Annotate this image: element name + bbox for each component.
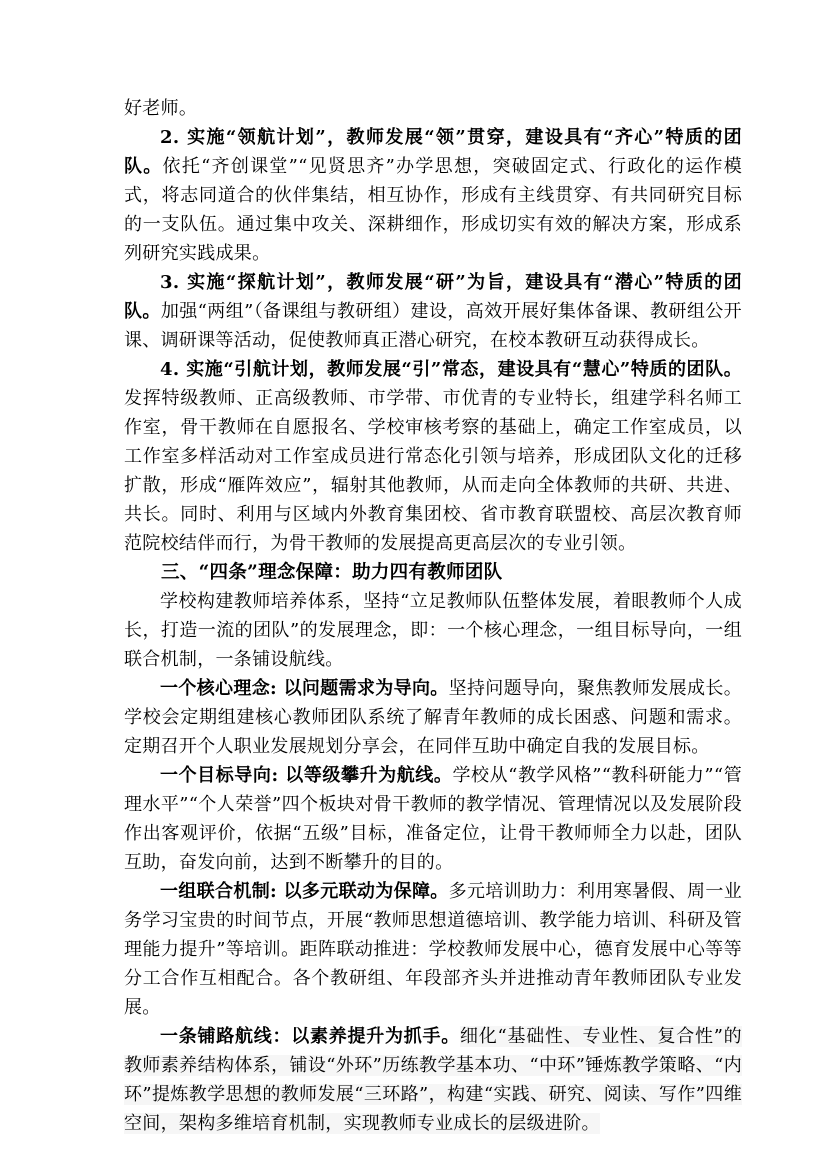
paragraph-text: 好老师。	[124, 98, 197, 119]
page: 好老师。 2. 实施“领航计划”，教师发展“领”贯穿，建设具有“齐心”特质的团队…	[0, 0, 827, 1170]
paragraph-lead: 一条铺路航线：以素养提升为抓手。	[160, 1026, 460, 1047]
paragraph-joint-mechanism: 一组联合机制: 以多元联动为保障。多元培训助力：利用寒暑假、周一业务学习宝贵的时…	[124, 877, 742, 1022]
paragraph-body: 发挥特级教师、正高级教师、市学带、市优青的专业特长，组建学科名师工作室，骨干教师…	[124, 388, 742, 554]
paragraph-lead: 一个目标导向: 以等级攀升为航线。	[160, 765, 452, 786]
paragraph-concept-intro: 学校构建教师培养体系，坚持“立足教师队伍整体发展，着眼教师个人成长，打造一流的团…	[124, 587, 742, 674]
document-body: 好老师。 2. 实施“领航计划”，教师发展“领”贯穿，建设具有“齐心”特质的团队…	[124, 94, 742, 1138]
paragraph-continuation: 好老师。	[124, 94, 742, 123]
paragraph-lead: 一个核心理念: 以问题需求为导向。	[160, 678, 449, 699]
section-heading: 三、“四条”理念保障：助力四有教师团队	[124, 558, 742, 587]
paragraph-body: 加强“两组”（备课组与教研组）建设，高效开展好集体备课、教研组公开课、调研课等活…	[124, 301, 742, 351]
paragraph-goal-orientation: 一个目标导向: 以等级攀升为航线。学校从“教学风格”“教科研能力”“管理水平”“…	[124, 761, 742, 877]
section-heading-text: 三、“四条”理念保障：助力四有教师团队	[161, 562, 502, 583]
paragraph-body: 依托“齐创课堂”“见贤思齐”办学思想，突破固定式、行政化的运作模式，将志同道合的…	[124, 156, 742, 264]
paragraph-lead: 一组联合机制: 以多元联动为保障。	[160, 881, 449, 902]
paragraph-core-concept: 一个核心理念: 以问题需求为导向。坚持问题导向，聚焦教师发展成长。学校会定期组建…	[124, 674, 742, 761]
paragraph-plan-2: 2. 实施“领航计划”，教师发展“领”贯穿，建设具有“齐心”特质的团队。依托“齐…	[124, 123, 742, 268]
paragraph-plan-4: 4. 实施“引航计划，教师发展“引”常态，建设具有“慧心”特质的团队。发挥特级教…	[124, 355, 742, 558]
paragraph-lead: 4. 实施“引航计划，教师发展“引”常态，建设具有“慧心”特质的团队。	[160, 359, 742, 380]
paragraph-text: 学校构建教师培养体系，坚持“立足教师队伍整体发展，着眼教师个人成长，打造一流的团…	[124, 591, 742, 670]
paragraph-plan-3: 3. 实施“探航计划”，教师发展“研”为旨，建设具有“潜心”特质的团队。加强“两…	[124, 268, 742, 355]
paragraph-route-laying: 一条铺路航线：以素养提升为抓手。细化“基础性、专业性、复合性”的教师素养结构体系…	[124, 1022, 742, 1138]
